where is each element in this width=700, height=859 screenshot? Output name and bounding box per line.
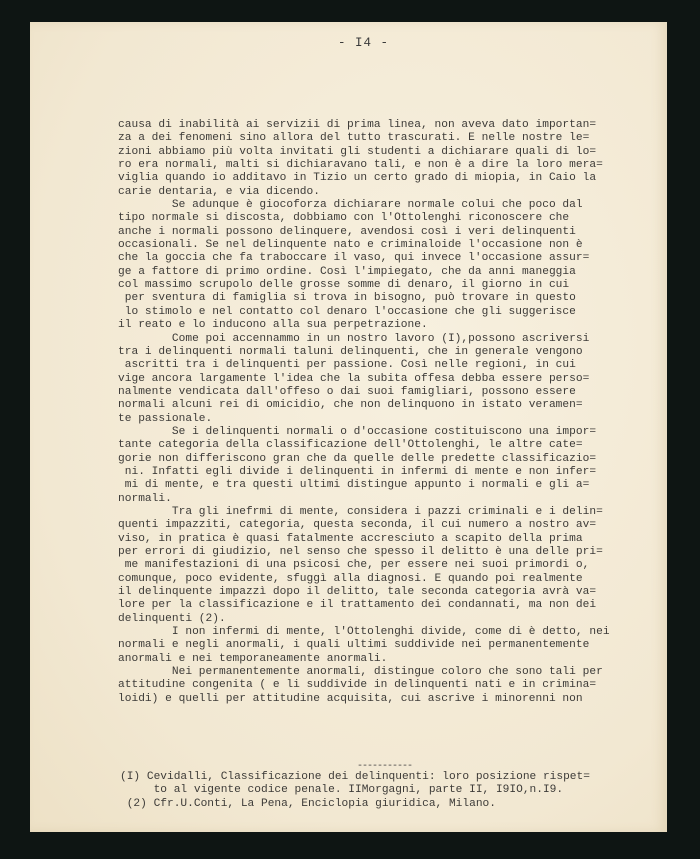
text-line: ge a fattore di primo ordine. Così l'imp… (118, 266, 678, 279)
typewritten-page: - I4 - causa di inabilità ai servizii di… (30, 22, 667, 832)
text-line: che la goccia che fa traboccare il vaso,… (118, 252, 678, 265)
text-line: zioni abbiamo più volta invitati gli stu… (118, 146, 678, 159)
text-line: za a dei fenomeni sino allora del tutto … (118, 132, 678, 145)
text-line: attitudine congenita ( e li suddivide in… (118, 679, 678, 692)
text-line: causa di inabilità ai servizii di prima … (118, 119, 678, 132)
text-line: ascritti tra i delinquenti per passione.… (118, 359, 678, 372)
text-line: tra i delinquenti normali taluni delinqu… (118, 346, 678, 359)
text-line: ni. Infatti egli divide i delinquenti in… (118, 466, 678, 479)
text-line: loidi) e quelli per attitudine acquisita… (118, 693, 678, 706)
text-line: anche i normali possono delinquere, aven… (118, 226, 678, 239)
text-line: il reato e lo inducono alla sua perpetra… (118, 319, 678, 332)
text-line: carie dentaria, e via dicendo. (118, 186, 678, 199)
footnote-line: to al vigente codice penale. IIMorgagni,… (120, 783, 680, 796)
footnotes: (I) Cevidalli, Classificazione dei delin… (120, 770, 680, 810)
text-line: per sventura di famiglia si trova in bis… (118, 292, 678, 305)
text-line: quenti impazziti, categoria, questa seco… (118, 519, 678, 532)
footnote-line: (2) Cfr.U.Conti, La Pena, Enciclopia giu… (120, 797, 680, 810)
text-line: comunque, poco evidente, sfuggì alla dia… (118, 573, 678, 586)
text-line: nalmente vendicata dall'offeso o dai suo… (118, 386, 678, 399)
text-line: tante categoria della classificazione de… (118, 439, 678, 452)
text-line: normali. (118, 493, 678, 506)
text-line: ro era normali, malti si dichiaravano ta… (118, 159, 678, 172)
text-line: normali e negli anormali, i quali ultimi… (118, 639, 678, 652)
text-line: mi di mente, e tra questi ultimi disting… (118, 479, 678, 492)
text-line: occasionali. Se nel delinquente nato e c… (118, 239, 678, 252)
text-line: te passionale. (118, 413, 678, 426)
text-line: Come poi accennammo in un nostro lavoro … (118, 333, 678, 346)
text-line: viglia quando io additavo in Tizio un ce… (118, 172, 678, 185)
text-line: col massimo scrupolo delle grosse somme … (118, 279, 678, 292)
text-line: tipo normale si discosta, dobbiamo con l… (118, 212, 678, 225)
text-line: me manifestazioni di una psicosi che, pe… (118, 559, 678, 572)
text-line: normali alcuni rei di omicidio, che non … (118, 399, 678, 412)
text-line: il delinquente impazzì dopo il delitto, … (118, 586, 678, 599)
text-line: lore per la classificazione e il trattam… (118, 599, 678, 612)
text-line: Nei permanentemente anormali, distingue … (118, 666, 678, 679)
text-line: gorie non differiscono gran che da quell… (118, 453, 678, 466)
text-line: Se adunque è giocoforza dichiarare norma… (118, 199, 678, 212)
text-line: delinquenti (2). (118, 613, 678, 626)
page-number: - I4 - (30, 36, 667, 50)
footnote-line: (I) Cevidalli, Classificazione dei delin… (120, 770, 680, 783)
text-line: per errori di giudizio, nel senso che sp… (118, 546, 678, 559)
text-line: lo stimolo e nel contatto col denaro l'o… (118, 306, 678, 319)
text-line: viso, in pratica è quasi fatalmente accr… (118, 533, 678, 546)
text-line: Tra gli inefrmi di mente, considera i pa… (118, 506, 678, 519)
text-line: Se i delinquenti normali o d'occasione c… (118, 426, 678, 439)
text-line: I non infermi di mente, l'Ottolenghi div… (118, 626, 678, 639)
text-line: anormali e nei temporaneamente anormali. (118, 653, 678, 666)
text-line: vige ancora largamente l'idea che la sub… (118, 373, 678, 386)
body-text: causa di inabilità ai servizii di prima … (118, 119, 678, 706)
